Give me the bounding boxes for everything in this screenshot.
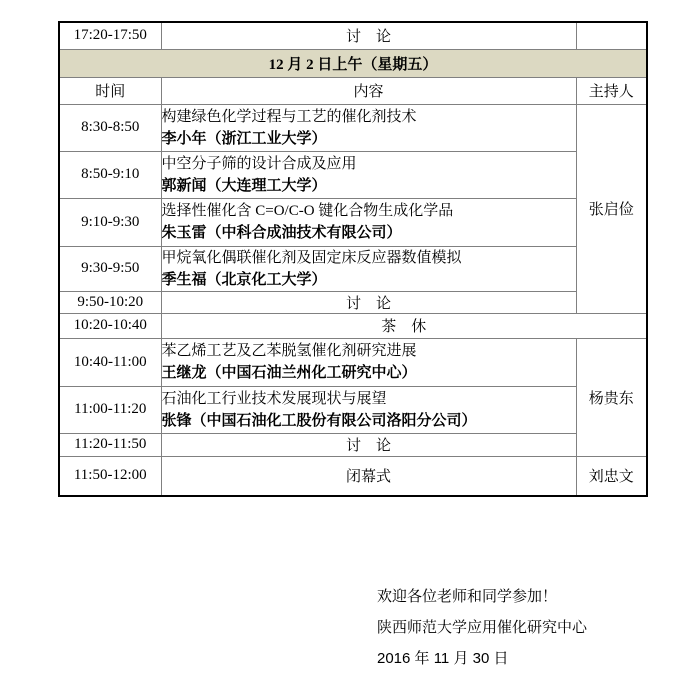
table-row: 9:50-10:20 讨 论 [59,291,647,313]
talk-title: 石油化工行业技术发展现状与展望 [162,388,576,410]
talk-cell: 中空分子筛的设计合成及应用 郭新闻（大连理工大学） [161,151,576,198]
talk-title: 中空分子筛的设计合成及应用 [162,153,576,175]
schedule-table: 17:20-17:50 讨 论 12 月 2 日上午（星期五） 时间 内容 主持… [58,21,648,497]
talk-cell: 石油化工行业技术发展现状与展望 张锋（中国石油化工股份有限公司洛阳分公司） [161,386,576,433]
talk-speaker: 朱玉雷（中科合成油技术有限公司） [162,222,576,244]
table-row: 10:20-10:40 茶 休 [59,313,647,338]
talk-speaker: 张锋（中国石油化工股份有限公司洛阳分公司） [162,410,576,432]
time-cell: 8:50-9:10 [59,151,161,198]
talk-cell: 选择性催化含 C=O/C-O 键化合物生成化学品 朱玉雷（中科合成油技术有限公司… [161,198,576,246]
talk-speaker: 李小年（浙江工业大学） [162,128,576,150]
table-row: 17:20-17:50 讨 论 [59,22,647,49]
time-cell: 10:40-11:00 [59,338,161,386]
time-cell: 9:10-9:30 [59,198,161,246]
footer-block: 欢迎各位老师和同学参加！ 陕西师范大学应用催化研究中心 2016 年 11 月 … [377,581,587,674]
table-row: 时间 内容 主持人 [59,77,647,104]
talk-title: 苯乙烯工艺及乙苯脱氢催化剂研究进展 [162,340,576,362]
footer-date-line: 2016 年 11 月 30 日 [377,643,587,674]
talk-title: 甲烷氧化偶联催化剂及固定床反应器数值模拟 [162,247,576,269]
column-header-time: 时间 [59,77,161,104]
column-header-chair: 主持人 [576,77,647,104]
time-cell: 17:20-17:50 [59,22,161,49]
chair-cell: 张启俭 [576,104,647,313]
footer-welcome-line: 欢迎各位老师和同学参加！ [377,581,587,612]
time-cell: 9:50-10:20 [59,291,161,313]
footer-organizer-line: 陕西师范大学应用催化研究中心 [377,612,587,643]
table-row: 9:10-9:30 选择性催化含 C=O/C-O 键化合物生成化学品 朱玉雷（中… [59,198,647,246]
table-row: 9:30-9:50 甲烷氧化偶联催化剂及固定床反应器数值模拟 季生福（北京化工大… [59,246,647,291]
table-row: 11:20-11:50 讨 论 [59,433,647,456]
closing-ceremony-cell: 闭幕式 [161,456,576,496]
table-row: 11:00-11:20 石油化工行业技术发展现状与展望 张锋（中国石油化工股份有… [59,386,647,433]
talk-cell: 构建绿色化学过程与工艺的催化剂技术 李小年（浙江工业大学） [161,104,576,151]
document-page: 17:20-17:50 讨 论 12 月 2 日上午（星期五） 时间 内容 主持… [0,0,700,700]
talk-title: 构建绿色化学过程与工艺的催化剂技术 [162,106,576,128]
column-header-content: 内容 [161,77,576,104]
talk-title: 选择性催化含 C=O/C-O 键化合物生成化学品 [162,200,576,222]
talk-cell: 甲烷氧化偶联催化剂及固定床反应器数值模拟 季生福（北京化工大学） [161,246,576,291]
talk-speaker: 季生福（北京化工大学） [162,269,576,291]
time-cell: 11:00-11:20 [59,386,161,433]
talk-speaker: 王继龙（中国石油兰州化工研究中心） [162,362,576,384]
time-cell: 8:30-8:50 [59,104,161,151]
table-row: 11:50-12:00 闭幕式 刘忠文 [59,456,647,496]
time-cell: 11:20-11:50 [59,433,161,456]
talk-cell: 苯乙烯工艺及乙苯脱氢催化剂研究进展 王继龙（中国石油兰州化工研究中心） [161,338,576,386]
talk-speaker: 郭新闻（大连理工大学） [162,175,576,197]
chair-cell-empty [576,22,647,49]
tea-break-cell: 茶 休 [161,313,647,338]
chair-cell: 刘忠文 [576,456,647,496]
discussion-cell: 讨 论 [161,433,576,456]
table-row: 10:40-11:00 苯乙烯工艺及乙苯脱氢催化剂研究进展 王继龙（中国石油兰州… [59,338,647,386]
discussion-cell: 讨 论 [161,291,576,313]
time-cell: 9:30-9:50 [59,246,161,291]
time-cell: 10:20-10:40 [59,313,161,338]
session-banner: 12 月 2 日上午（星期五） [59,49,647,77]
discussion-cell: 讨 论 [161,22,576,49]
table-row: 8:50-9:10 中空分子筛的设计合成及应用 郭新闻（大连理工大学） [59,151,647,198]
table-row: 12 月 2 日上午（星期五） [59,49,647,77]
table-row: 8:30-8:50 构建绿色化学过程与工艺的催化剂技术 李小年（浙江工业大学） … [59,104,647,151]
time-cell: 11:50-12:00 [59,456,161,496]
chair-cell: 杨贵东 [576,338,647,456]
